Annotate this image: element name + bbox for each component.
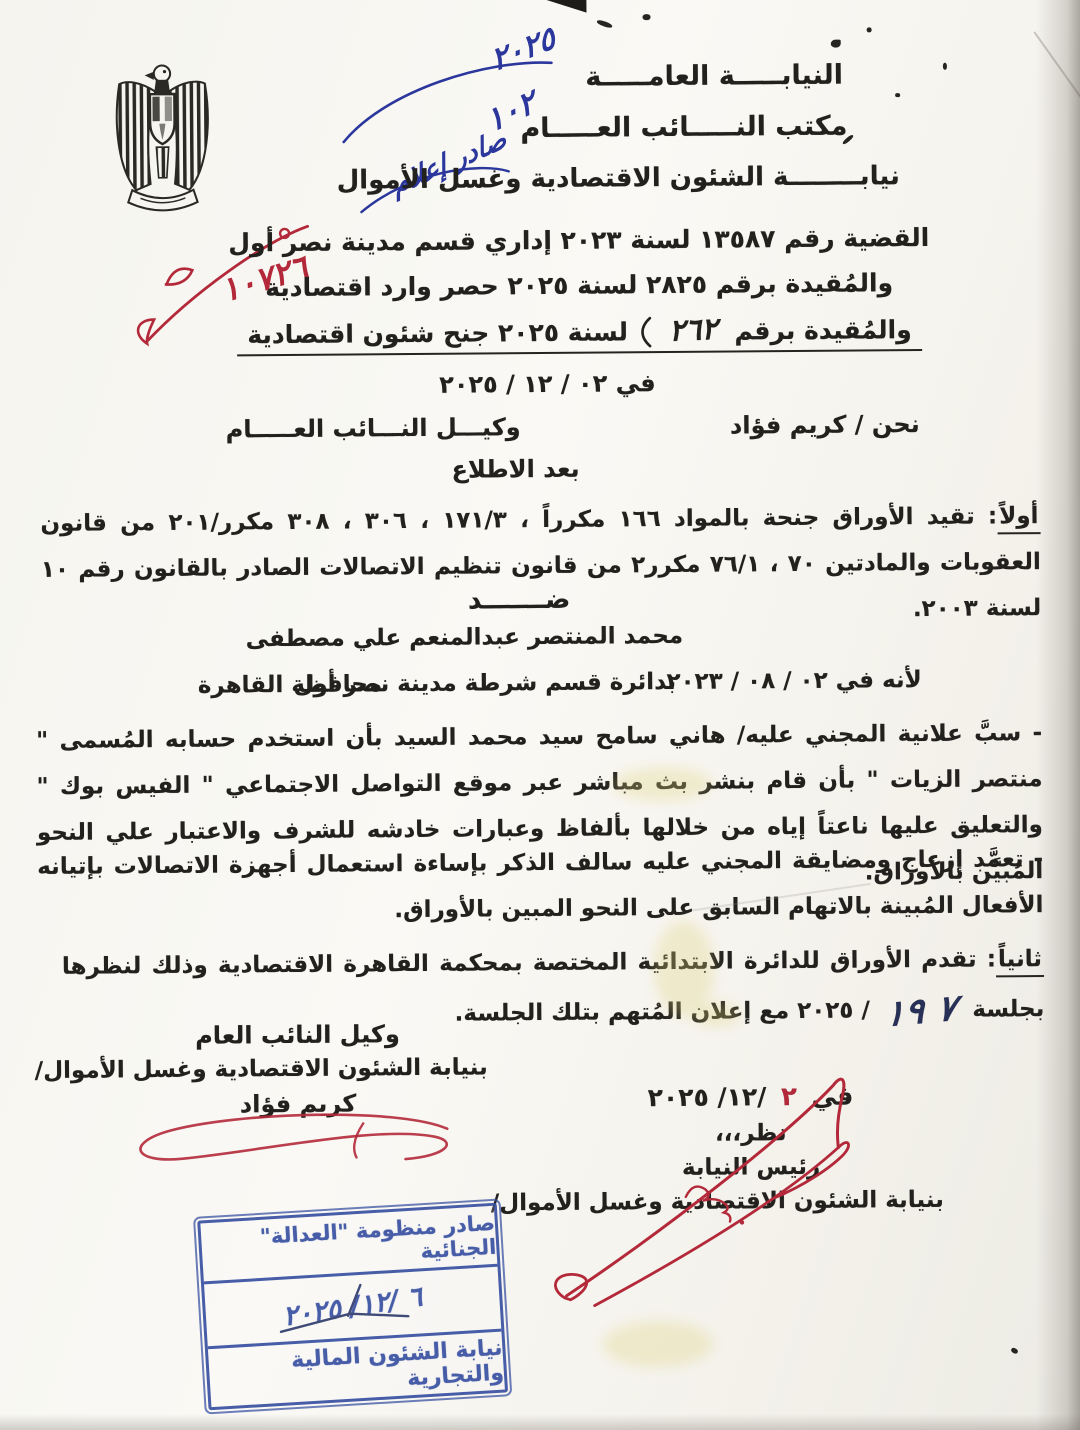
scan-speck: [831, 40, 841, 48]
scanned-legal-document: { "colors": {"ink":"#22211e","red_pen":"…: [0, 0, 1080, 1430]
scan-speck: [895, 93, 900, 97]
scan-speck: [1010, 1347, 1019, 1355]
scan-speck: [596, 19, 613, 29]
case-line-3: والمُقيدة برقم ٢٦٢ لسنة ٢٠٢٥ جنح شئون اق…: [0, 310, 1077, 353]
paper-background: ٢٠٢٥ ١٠٢ صادر إعلام ١٠٧٢٦ النيابـــــة ا…: [0, 0, 1080, 1430]
left-sign-title: وكيل النائب العام: [107, 1016, 487, 1053]
case-date: في ٠٢ / ١٢ / ٢٠٢٥: [0, 366, 1077, 402]
highlight-smudge: [654, 921, 715, 1017]
incident-governorate: محافظة القاهرة: [198, 671, 383, 698]
header-division: نيابــــــــة الشئون الاقتصادية وغسل الأ…: [337, 161, 900, 195]
left-sign-division: بنيابة الشئون الاقتصادية وغسل الأموال/: [108, 1050, 488, 1087]
header-org: النيابـــــة العامـــــة: [585, 60, 843, 93]
left-red-signature: [115, 1099, 466, 1180]
session-date-handwritten: ٧ ١٩: [883, 984, 958, 1041]
case-reg-number-handwritten: ٢٦٢: [669, 312, 719, 349]
handwritten-paren-stroke: [637, 316, 653, 348]
egypt-eagle-emblem: [111, 61, 214, 216]
right-red-signature: [535, 1045, 897, 1318]
clause-one-label: أولاً: [997, 503, 1041, 534]
case-line-1: القضية رقم ١٣٥٨٧ لسنة ٢٠٢٣ إداري قسم مدي…: [0, 222, 1076, 259]
scan-speck: [642, 14, 650, 20]
case-line-3-suffix: لسنة ٢٠٢٥ جنح شئون اقتصادية: [247, 317, 628, 349]
case-line-3-prefix: والمُقيدة برقم: [734, 315, 912, 345]
incident-precinct: بدائرة قسم شرطة مدينة نصر أول: [0, 666, 1080, 700]
scan-speck: [943, 63, 947, 70]
scan-speck: [867, 27, 872, 32]
deputy-title-line: وكيـــل النـــائب العـــــام: [226, 413, 521, 443]
document-content: ٢٠٢٥ ١٠٢ صادر إعلام ١٠٧٢٦ النيابـــــة ا…: [0, 0, 1080, 1430]
scan-edge-mark: [546, 0, 586, 13]
eagle-icon: [111, 61, 214, 216]
charge-paragraph-2: - تعمَّد إزعاج ومضايقة المجني عليه سالف …: [37, 836, 1044, 936]
header-office: مكتب النـــــائب العـــــام: [520, 111, 847, 145]
case-line-3-underlined: والمُقيدة برقم ٢٦٢ لسنة ٢٠٢٥ جنح شئون اق…: [237, 315, 922, 356]
highlight-smudge: [603, 1321, 713, 1368]
court-stamp: صادر منظومة "العدالة" الجنائية ٦ /١٢/ ٢٠…: [197, 1203, 508, 1411]
after-review-line: بعد الاطلاع: [0, 451, 1078, 487]
scan-crease: [1033, 31, 1080, 130]
we-line: نحن / كريم فؤاد: [730, 410, 920, 439]
clause-two-label: ثانياً: [996, 946, 1044, 977]
